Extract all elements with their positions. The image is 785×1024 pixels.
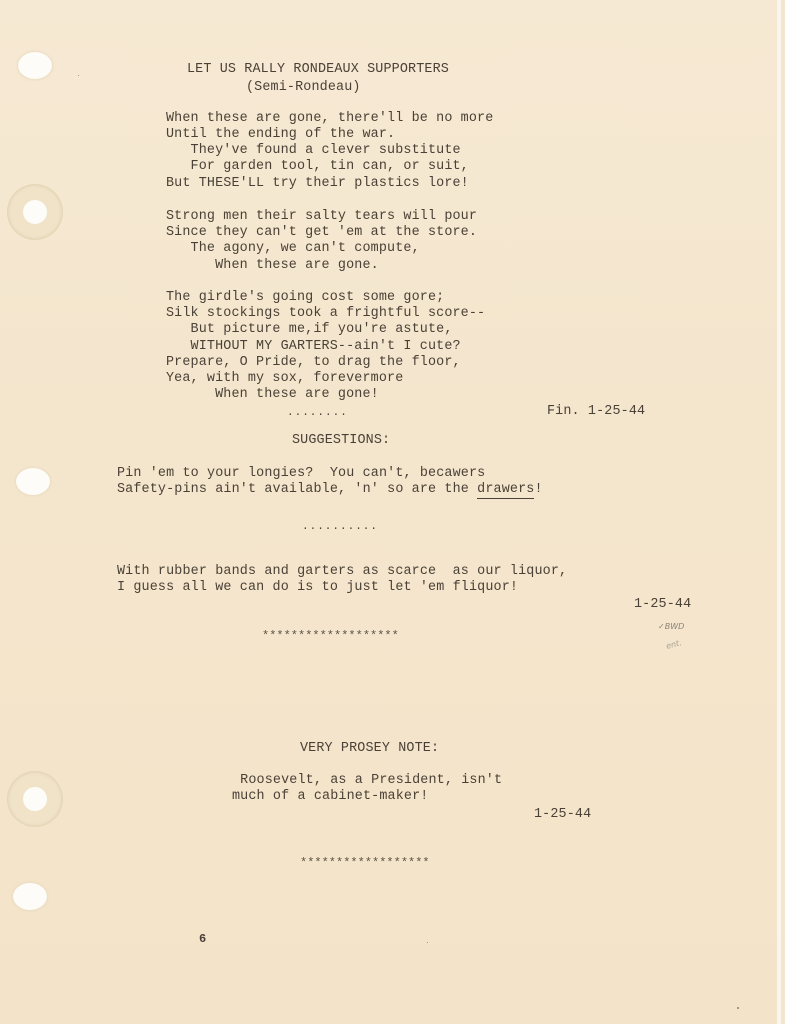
punch-hole xyxy=(13,883,47,910)
paper-speck xyxy=(78,75,79,76)
dot-separator: .......... xyxy=(302,519,378,535)
hole-reinforcer xyxy=(8,772,62,826)
poem-line: When these are gone, there'll be no more xyxy=(166,111,493,127)
underlined-word: drawers xyxy=(477,482,534,499)
prosey-note-line: much of a cabinet-maker! xyxy=(232,789,428,805)
poem-date: Fin. 1-25-44 xyxy=(547,404,645,420)
prosey-note-line: Roosevelt, as a President, isn't xyxy=(232,773,502,789)
poem-line: Until the ending of the war. xyxy=(166,127,395,143)
punch-hole xyxy=(16,468,50,495)
poem-line: They've found a clever substitute xyxy=(166,143,461,159)
poem-line: Silk stockings took a frightful score-- xyxy=(166,306,485,322)
hole-reinforcer xyxy=(8,185,62,239)
suggestion-verse-line: I guess all we can do is to just let 'em… xyxy=(117,580,518,596)
poem-line: But THESE'LL try their plastics lore! xyxy=(166,176,469,192)
poem-line: Prepare, O Pride, to drag the floor, xyxy=(166,355,461,371)
dot-separator: ........ xyxy=(287,405,348,421)
suggestions-heading: SUGGESTIONS: xyxy=(292,433,390,449)
handwritten-initials: ent. xyxy=(665,638,682,651)
suggestion-line: Pin 'em to your longies? You can't, beca… xyxy=(117,466,485,482)
paper-speck xyxy=(427,942,428,943)
poem-line: Yea, with my sox, forevermore xyxy=(166,371,403,387)
prosey-note-heading: VERY PROSEY NOTE: xyxy=(300,741,439,757)
poem-line: When these are gone! xyxy=(166,387,379,403)
poem-line: WITHOUT MY GARTERS--ain't I cute? xyxy=(166,339,461,355)
star-separator: ****************** xyxy=(300,855,430,871)
poem-line: The girdle's going cost some gore; xyxy=(166,290,444,306)
page-edge xyxy=(777,0,781,1024)
poem-line: But picture me,if you're astute, xyxy=(166,322,453,338)
prosey-note-date: 1-25-44 xyxy=(534,807,591,823)
poem-line: When these are gone. xyxy=(166,258,379,274)
suggestion-verse-line: With rubber bands and garters as scarce … xyxy=(117,564,567,580)
page-number: 6 xyxy=(199,931,206,947)
document-page: LET US RALLY RONDEAUX SUPPORTERS (Semi-R… xyxy=(0,0,781,1024)
poem-title: LET US RALLY RONDEAUX SUPPORTERS xyxy=(187,62,449,78)
poem-line: For garden tool, tin can, or suit, xyxy=(166,159,469,175)
paper-speck xyxy=(737,1007,739,1009)
poem-subtitle: (Semi-Rondeau) xyxy=(246,80,361,96)
star-separator: ******************* xyxy=(262,628,399,644)
suggestion-date: 1-25-44 xyxy=(634,597,691,613)
poem-line: The agony, we can't compute, xyxy=(166,241,420,257)
suggestion-line: Safety-pins ain't available, 'n' so are … xyxy=(117,482,543,498)
punch-hole xyxy=(18,52,52,79)
handwritten-check-mark: ✓BWD xyxy=(658,622,684,631)
poem-line: Strong men their salty tears will pour xyxy=(166,209,477,225)
poem-line: Since they can't get 'em at the store. xyxy=(166,225,477,241)
